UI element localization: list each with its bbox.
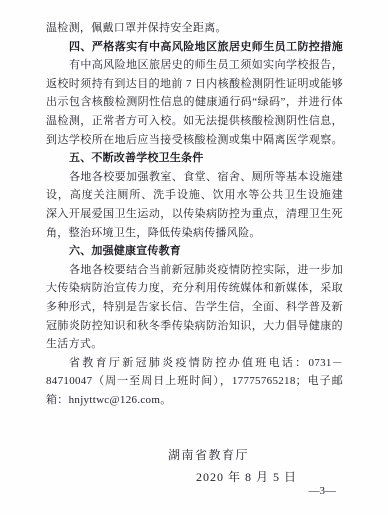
text-line: 各地各校要加强教室、食堂、宿舍、厕所等基本设施建 <box>46 168 343 187</box>
section-heading: 六、加强健康宣传教育 <box>46 242 343 261</box>
signature-date: 2020 年 8 月 5 日 <box>196 468 297 485</box>
text-line: 角，整治环境卫生，降低传染病传播风险。 <box>46 224 343 243</box>
text-line: 到达学校所在地后应当接受核酸检测或集中隔离医学观察。 <box>46 131 343 150</box>
text-line: 84710047（周一至周日上班时间），17775765218；电子邮 <box>46 372 343 391</box>
text-line: 冠肺炎防控知识和秋冬季传染病防治知识，大力倡导健康的 <box>46 317 343 336</box>
text-line: 设，高度关注厕所、洗手设施、饮用水等公共卫生设施建设。 <box>46 186 343 205</box>
text-line: 返校时须持有到达目的地前 7 日内核酸检测阴性证明或能够 <box>46 75 343 94</box>
text-line: 各地各校要结合当前新冠肺炎疫情防控实际，进一步加 <box>46 261 343 280</box>
text-line: 深入开展爱国卫生运动，以传染病防控为重点，清理卫生死 <box>46 205 343 224</box>
signature-issuer: 湖南省教育厅 <box>168 446 249 463</box>
section-heading: 五、不断改善学校卫生条件 <box>46 149 343 168</box>
page-number: —3— <box>309 485 337 497</box>
text-line: 箱：hnjyttwc@126.com。 <box>46 391 343 410</box>
section-heading: 四、严格落实有中高风险地区旅居史师生员工防控措施 <box>46 38 343 57</box>
text-line: 省教育厅新冠肺炎疫情防控办值班电话：0731－ <box>46 354 343 373</box>
text-line: 温检测，正常者方可入校。如无法提供核酸检测阴性信息， <box>46 112 343 131</box>
text-line: 多种形式，特别是告家长信、告学生信，全面、科学普及新 <box>46 298 343 317</box>
document-body: 温检测，佩戴口罩并保持安全距离。四、严格落实有中高风险地区旅居史师生员工防控措施… <box>46 19 343 409</box>
text-line: 有中高风险地区旅居史的师生员工须如实向学校报告， <box>46 56 343 75</box>
text-line: 温检测，佩戴口罩并保持安全距离。 <box>46 19 343 38</box>
text-line: 生活方式。 <box>46 335 343 354</box>
text-line: 大传染病防治宣传力度，充分利用传统媒体和新媒体，采取 <box>46 279 343 298</box>
official-document-page: 温检测，佩戴口罩并保持安全距离。四、严格落实有中高风险地区旅居史师生员工防控措施… <box>0 0 388 515</box>
text-line: 出示包含核酸检测阴性信息的健康通行码“绿码”，并进行体 <box>46 93 343 112</box>
